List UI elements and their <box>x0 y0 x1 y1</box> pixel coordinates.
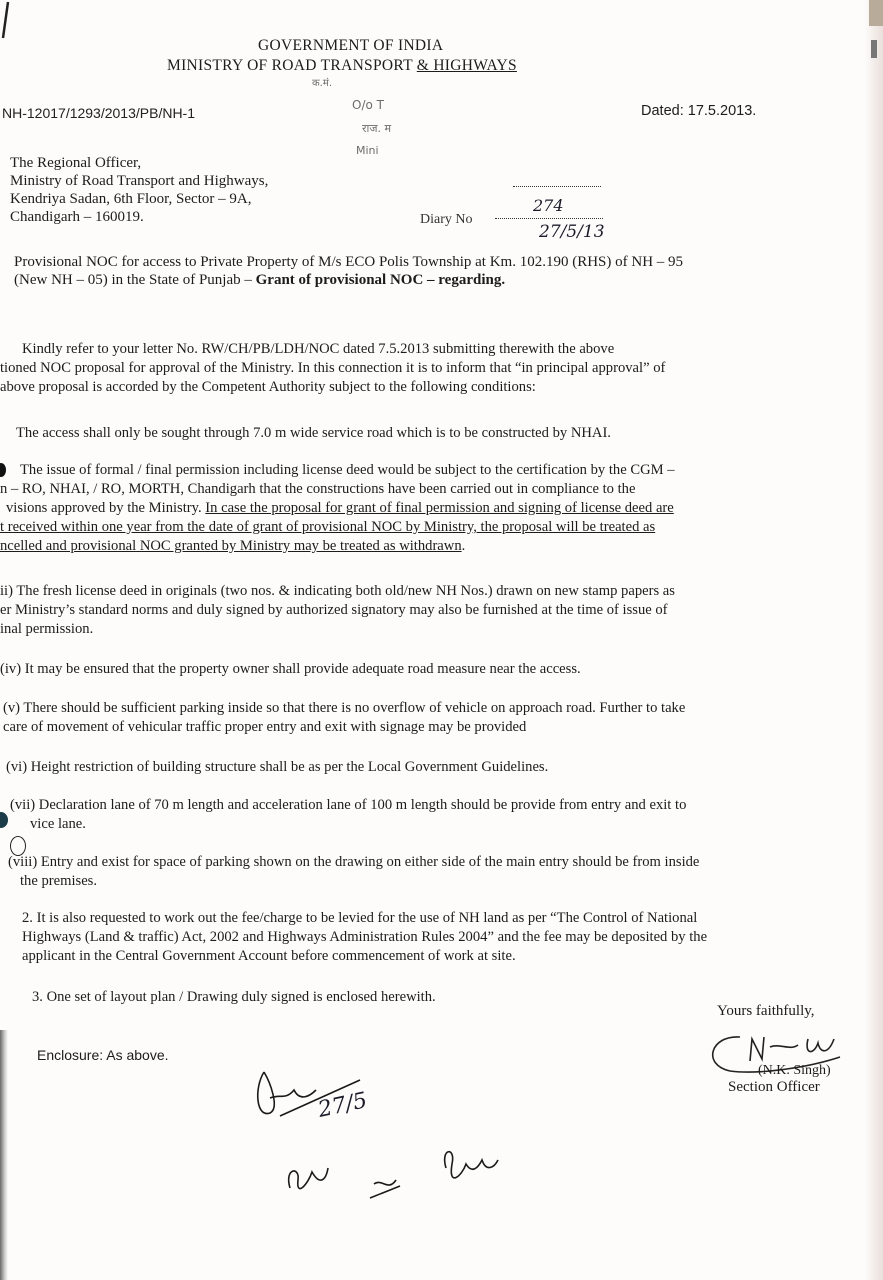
condition-vii: (vii) Declaration lane of 70 m length an… <box>10 796 686 834</box>
letterhead-ministry: MINISTRY OF ROAD TRANSPORT & HIGHWAYS <box>167 57 517 75</box>
diary-dotted-line <box>513 186 601 187</box>
punch-hole-mark <box>0 812 8 828</box>
page-edge-shadow-left <box>0 1030 8 1280</box>
corner-mark <box>0 0 10 40</box>
diary-dotted-line <box>495 218 603 219</box>
condition-vi: (vi) Height restriction of building stru… <box>6 758 548 777</box>
stamp-fragment-2: राज. म <box>362 121 391 136</box>
stamp-fragment-1: O/o T <box>352 98 384 112</box>
hand-circle-mark <box>10 836 26 856</box>
binder-clip <box>869 0 883 26</box>
officer-designation: Section Officer <box>728 1079 820 1096</box>
addressee-block: The Regional Officer, Ministry of Road T… <box>10 154 268 226</box>
diary-number-handwritten: 274 <box>533 196 564 215</box>
addressee-line: Ministry of Road Transport and Highways, <box>10 172 268 190</box>
condition-iii: ii) The fresh license deed in originals … <box>0 582 814 639</box>
closing-salutation: Yours faithfully, <box>717 1003 815 1020</box>
file-number: NH-12017/1293/2013/PB/NH-1 <box>2 105 195 121</box>
condition-viii: (viii) Entry and exist for space of park… <box>8 853 699 891</box>
stamp-fragment-3: Mini <box>356 144 379 157</box>
page-edge-shadow <box>865 0 883 1280</box>
condition-i: The access shall only be sought through … <box>16 424 611 443</box>
letterhead-government: GOVERNMENT OF INDIA <box>258 37 443 55</box>
hindi-stamp-fragment: क.मं. <box>312 75 332 89</box>
condition-ii: The issue of formal / final permission i… <box>0 461 812 556</box>
paragraph-3: 3. One set of layout plan / Drawing duly… <box>32 988 436 1007</box>
paragraph-2: 2. It is also requested to work out the … <box>22 909 824 966</box>
officer-name: (N.K. Singh) <box>758 1063 831 1079</box>
binder-clip-mark <box>871 40 877 58</box>
addressee-line: The Regional Officer, <box>10 154 268 172</box>
letter-date: Dated: 17.5.2013. <box>641 103 756 119</box>
addressee-line: Chandigarh – 160019. <box>10 208 268 226</box>
diary-stamp: Diary No <box>420 212 473 228</box>
addressee-line: Kendriya Sadan, 6th Floor, Sector – 9A, <box>10 190 268 208</box>
scanned-letter-page: GOVERNMENT OF INDIA MINISTRY OF ROAD TRA… <box>0 0 883 1280</box>
diary-label: Diary No <box>420 212 473 227</box>
condition-v: (v) There should be sufficient parking i… <box>3 699 685 737</box>
handwritten-endorsements <box>250 1068 550 1218</box>
diary-date-handwritten: 27/5/13 <box>539 222 605 242</box>
enclosure-note: Enclosure: As above. <box>37 1047 169 1063</box>
subject-line: Provisional NOC for access to Private Pr… <box>14 253 683 289</box>
condition-iv: (iv) It may be ensured that the property… <box>0 660 581 679</box>
intro-paragraph: Kindly refer to your letter No. RW/CH/PB… <box>0 340 810 397</box>
